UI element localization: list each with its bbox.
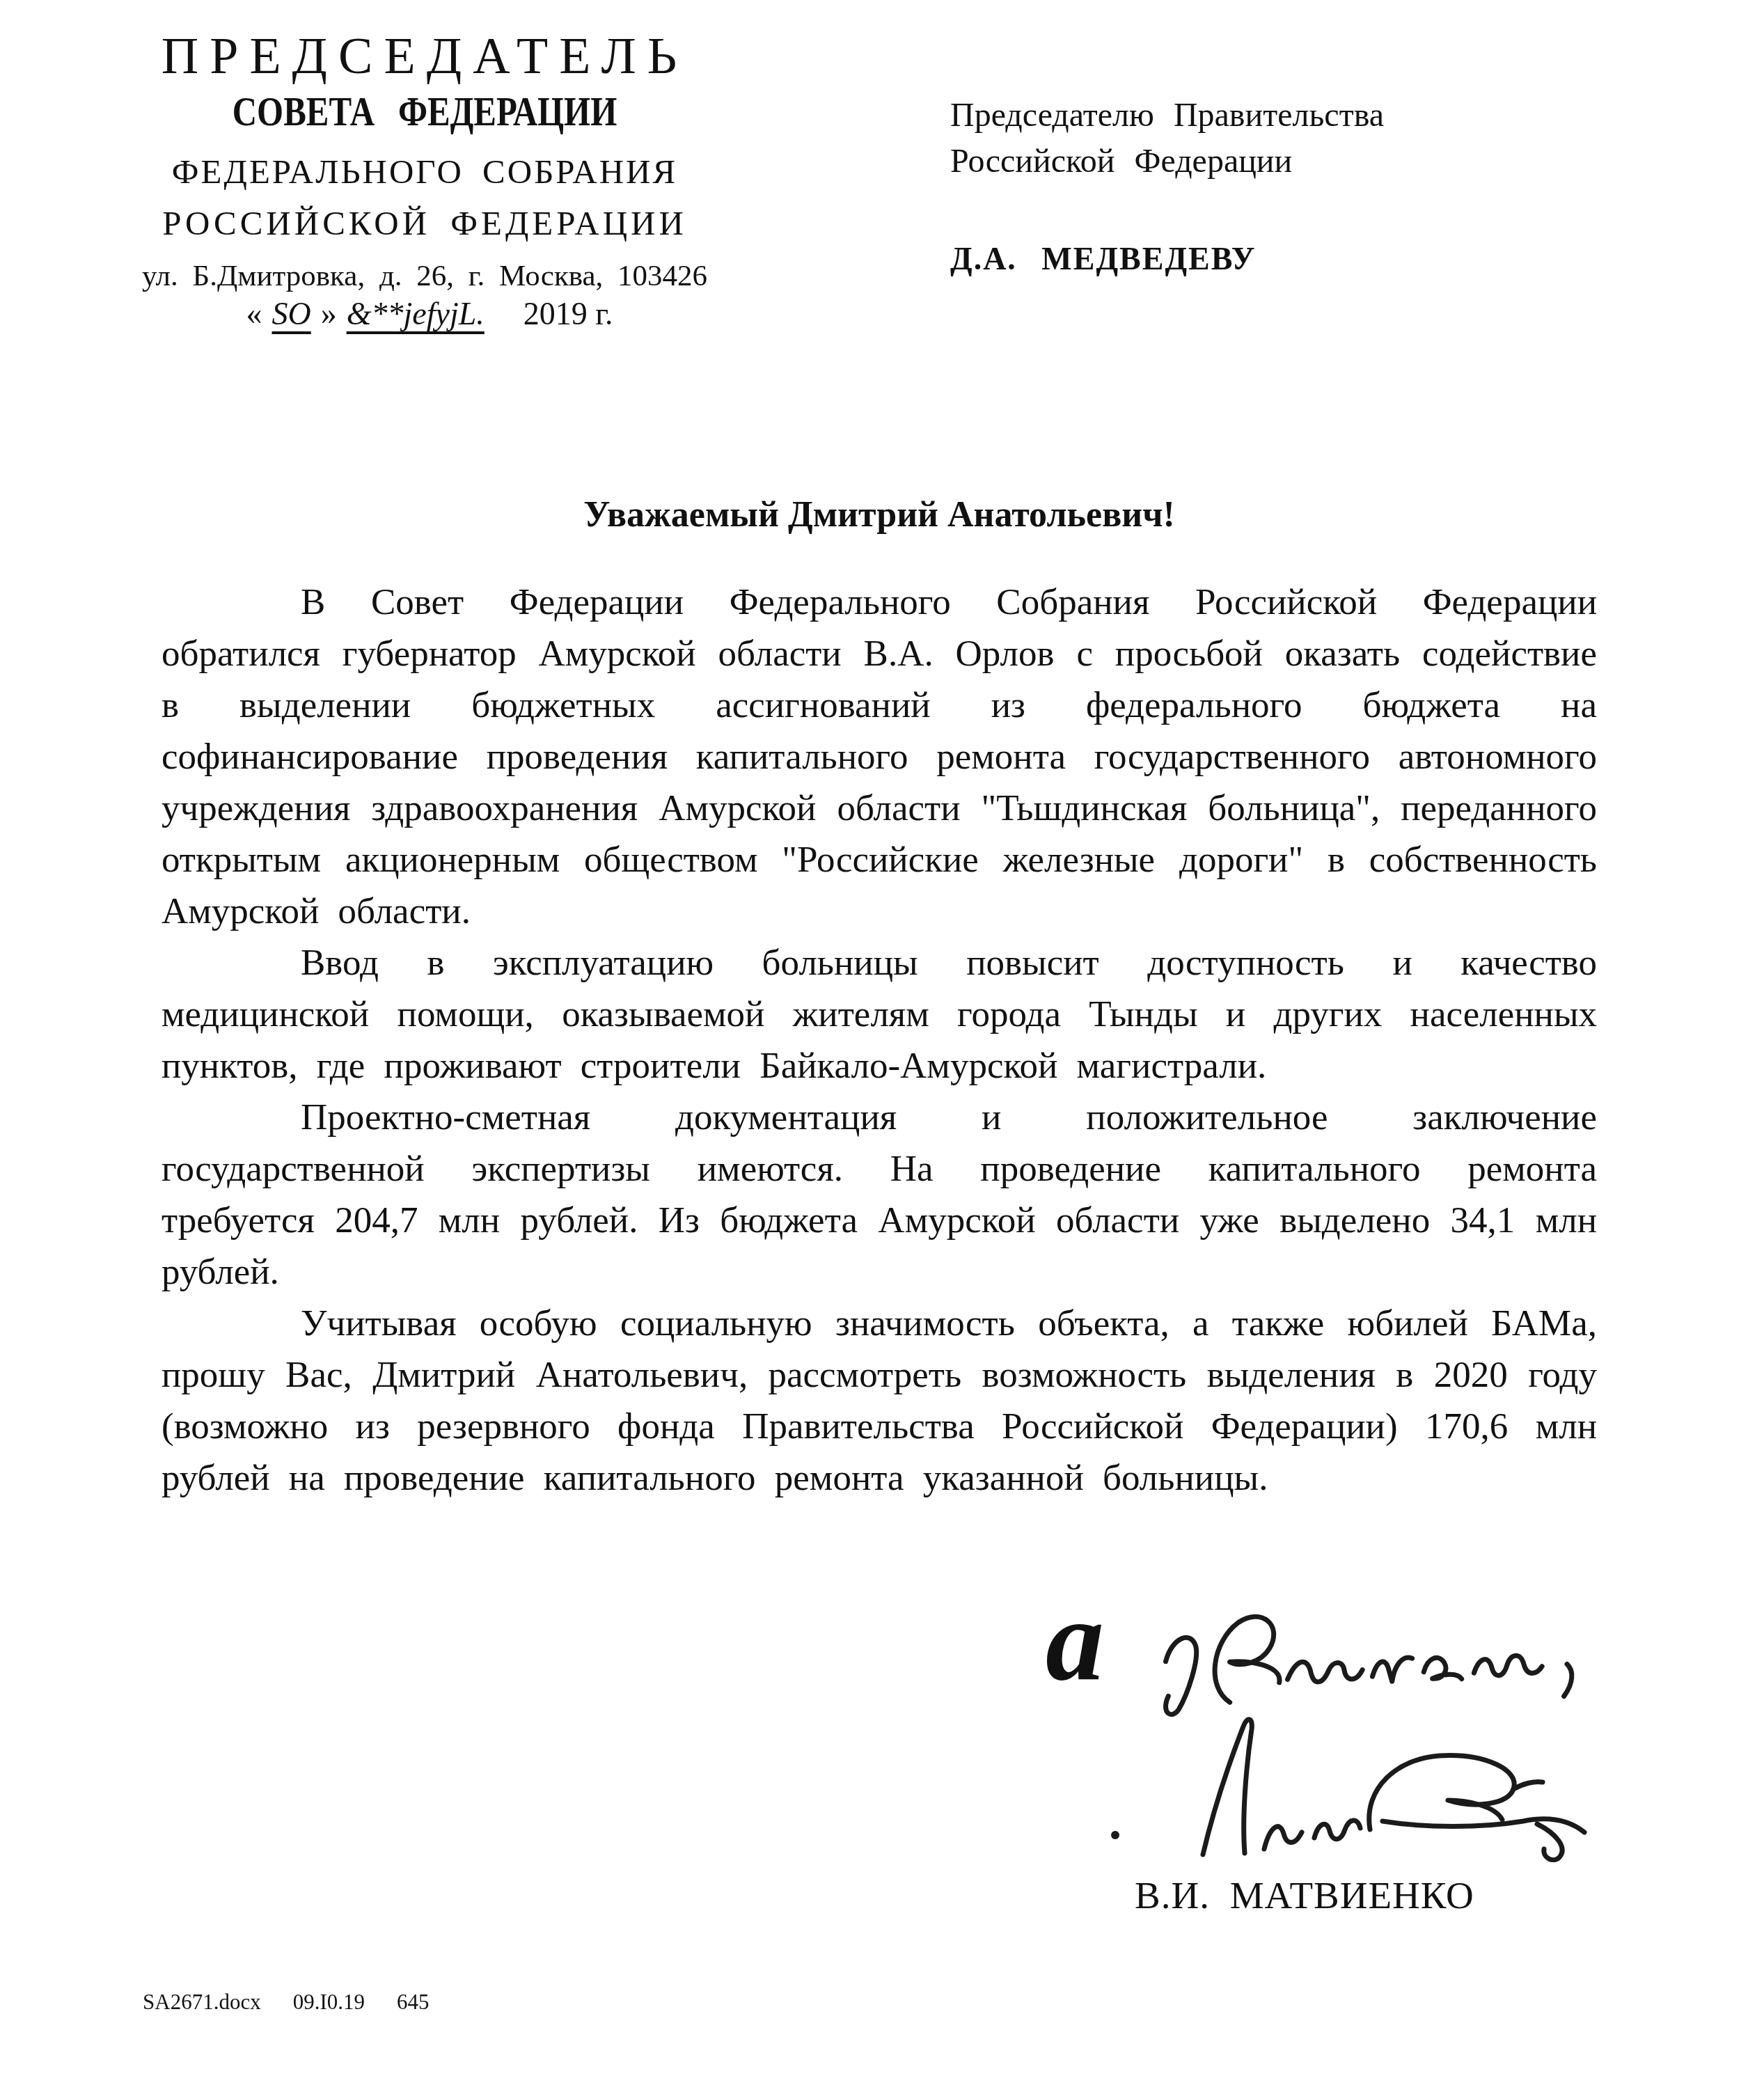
date-month-handwritten: &**jefyjL. xyxy=(347,296,485,331)
closing-printed-letter: а xyxy=(1046,1582,1104,1699)
footer-number: 645 xyxy=(397,1990,430,2014)
letterhead: ПРЕДСЕДАТЕЛЬ СОВЕТА ФЕДЕРАЦИИ ФЕДЕРАЛЬНО… xyxy=(97,28,752,333)
footer-reference: SA2671.docx09.I0.19645 xyxy=(143,1990,461,2015)
date-close-quote: » xyxy=(311,296,347,331)
letterhead-org-line1: СОВЕТА ФЕДЕРАЦИИ xyxy=(153,89,696,134)
paragraph-3: Проектно-сметная документация и положите… xyxy=(162,1092,1597,1298)
paragraph-4: Учитывая особую социальную значимость об… xyxy=(162,1298,1597,1504)
letterhead-org-line2: ФЕДЕРАЛЬНОГО СОБРАНИЯ xyxy=(97,153,752,191)
letterhead-org-line3: РОССИЙСКОЙ ФЕДЕРАЦИИ xyxy=(97,205,752,242)
footer-date: 09.I0.19 xyxy=(293,1990,365,2014)
date-open-quote: « xyxy=(237,296,272,331)
recipient-block: Председателю Правительства Российской Фе… xyxy=(950,93,1507,282)
letterhead-date-line: «SO»&**jefyjL.2019 г. xyxy=(97,295,752,333)
paragraph-1: В Совет Федерации Федерального Собрания … xyxy=(162,576,1597,937)
signer-name: В.И. МАТВИЕНКО xyxy=(1135,1874,1474,1917)
letterhead-address: ул. Б.Дмитровка, д. 26, г. Москва, 10342… xyxy=(97,259,752,294)
recipient-name: Д.А. МЕДВЕДЕВУ xyxy=(950,236,1507,282)
paragraph-2: Ввод в эксплуатацию больницы повысит дос… xyxy=(162,937,1597,1092)
letter-page: ПРЕДСЕДАТЕЛЬ СОВЕТА ФЕДЕРАЦИИ ФЕДЕРАЛЬНО… xyxy=(0,0,1764,2085)
signature-svg xyxy=(1104,1683,1605,1871)
recipient-line2: Российской Федерации xyxy=(950,139,1507,184)
date-day-handwritten: SO xyxy=(272,296,311,331)
date-year: 2019 г. xyxy=(485,296,613,331)
signature-autograph xyxy=(1104,1683,1605,1875)
recipient-line1: Председателю Правительства xyxy=(950,93,1507,139)
salutation: Уважаемый Дмитрий Анатольевич! xyxy=(162,496,1597,535)
footer-file: SA2671.docx xyxy=(143,1990,261,2014)
letterhead-title: ПРЕДСЕДАТЕЛЬ xyxy=(97,28,752,85)
letter-body: Уважаемый Дмитрий Анатольевич! В Совет Ф… xyxy=(162,496,1597,1504)
